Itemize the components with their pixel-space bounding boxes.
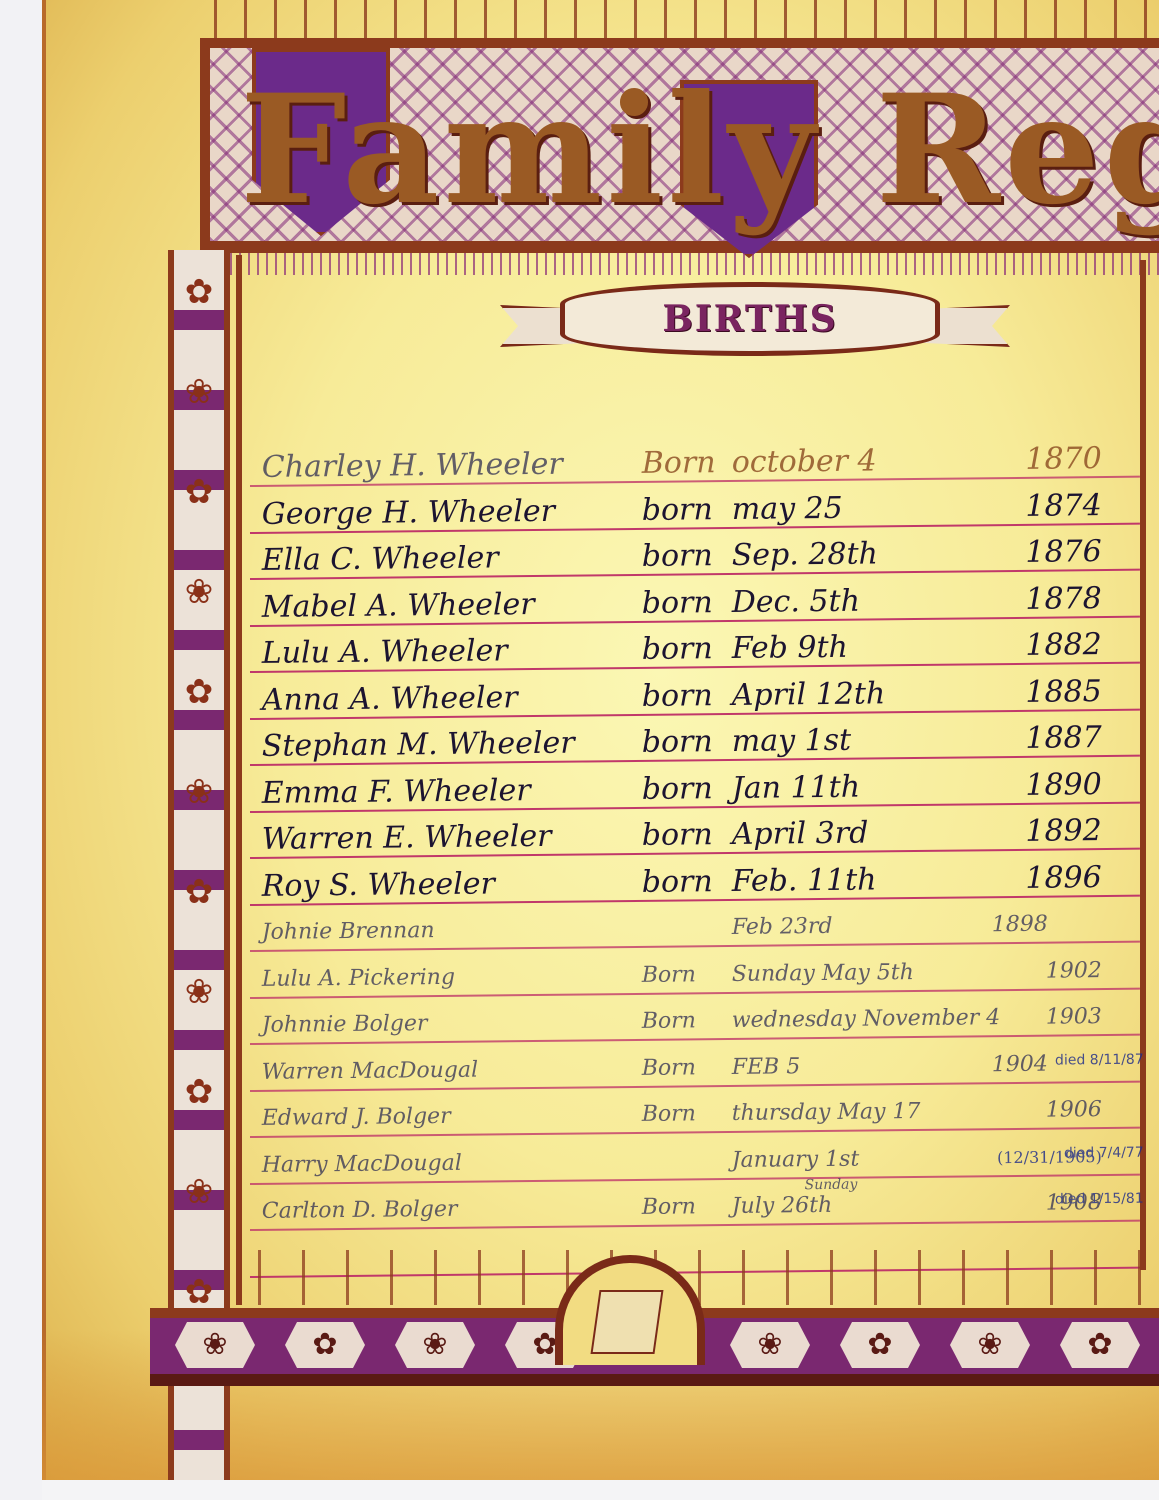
entry-year: 1903	[992, 1000, 1102, 1035]
entry-year: 1898	[992, 907, 1102, 942]
flower-ornament-icon: ❀	[730, 1322, 810, 1368]
flower-ornament-icon: ❀	[395, 1322, 475, 1368]
entry-date: wednesday November 4	[732, 1001, 992, 1038]
flower-ornament-icon: ✿	[174, 875, 224, 909]
entry-year: 1870	[992, 442, 1102, 477]
entry-date: Feb 23rd	[732, 908, 992, 945]
entry-born-label: Born	[642, 445, 732, 480]
entry-date: Sunday May 5th	[732, 954, 992, 991]
entry-born-label: Born	[642, 1050, 732, 1085]
entry-born-label: Born	[642, 957, 732, 992]
weekday-note: Sunday	[804, 1168, 857, 1203]
entry-name: Ella C. Wheeler	[250, 539, 642, 577]
death-note: died 8/11/87	[1055, 1042, 1144, 1077]
entry-name: George H. Wheeler	[250, 493, 642, 531]
entry-date: october 4	[732, 443, 992, 480]
birth-entries-list: Charley H. Wheeler Born october 4 1870 G…	[250, 440, 1140, 1277]
entry-name: Stephan M. Wheeler	[250, 725, 642, 763]
entry-year: 1887	[992, 721, 1102, 756]
death-note: died 1/15/81	[1055, 1181, 1144, 1216]
entry-name: Warren E. Wheeler	[250, 818, 642, 856]
entry-name: Johnie Brennan	[250, 911, 642, 949]
scan-bottom-edge	[42, 1480, 1159, 1500]
entry-name: Charley H. Wheeler	[250, 446, 642, 484]
entry-born-label: born	[642, 585, 732, 620]
entry-year: 1890	[992, 767, 1102, 802]
flower-ornament-icon: ❀	[175, 1322, 255, 1368]
right-border-rule	[1140, 260, 1146, 1270]
entry-born-label: born	[642, 492, 732, 527]
entry-born-label	[642, 944, 732, 945]
entry-name: Mabel A. Wheeler	[250, 586, 642, 624]
entry-name: Harry MacDougal	[250, 1144, 642, 1182]
entry-name: Anna A. Wheeler	[250, 679, 642, 717]
entry-born-label: born	[642, 864, 732, 899]
entry-name: Lulu A. Pickering	[250, 958, 642, 996]
entry-born-label: born	[642, 538, 732, 573]
entry-born-label: born	[642, 678, 732, 713]
flower-ornament-icon: ❀	[174, 775, 224, 809]
entry-date: may 25	[732, 489, 992, 526]
entry-born-label: Born	[642, 1003, 732, 1038]
flower-ornament-icon: ✿	[174, 275, 224, 309]
flower-ornament-icon: ✿	[1060, 1322, 1140, 1368]
entry-date: Feb 9th	[732, 629, 992, 666]
entry-year: 1882	[992, 628, 1102, 663]
entry-date: Feb. 11th	[732, 861, 992, 898]
flower-ornament-icon: ✿	[174, 475, 224, 509]
register-title: Family Register	[240, 60, 1159, 240]
flower-ornament-icon: ✿	[174, 1075, 224, 1109]
entry-name: Lulu A. Wheeler	[250, 632, 642, 670]
entry-year: 1878	[992, 581, 1102, 616]
entry-date: April 12th	[732, 675, 992, 712]
scan-edge	[0, 0, 42, 1500]
scroll-ornament-icon	[591, 1290, 664, 1354]
entry-name: Warren MacDougal	[250, 1051, 642, 1089]
bottom-spire-ornament	[240, 1250, 1159, 1305]
entry-name: Roy S. Wheeler	[250, 865, 642, 903]
flower-ornament-icon: ❀	[174, 575, 224, 609]
entry-born-label: Born	[642, 1189, 732, 1224]
entry-year: 1876	[992, 535, 1102, 570]
entry-date: FEB 5	[732, 1047, 992, 1084]
entry-date: Sep. 28th	[732, 536, 992, 573]
entry-name: Edward J. Bolger	[250, 1097, 642, 1135]
entry-born-label: Born	[642, 1096, 732, 1131]
flower-ornament-icon: ✿	[174, 675, 224, 709]
births-ribbon: BIRTHS	[560, 282, 940, 356]
entry-year: 1896	[992, 860, 1102, 895]
flower-ornament-icon: ✿	[285, 1322, 365, 1368]
flower-ornament-icon: ❀	[174, 975, 224, 1009]
entry-year: 1885	[992, 674, 1102, 709]
entry-date: Jan 11th	[732, 768, 992, 805]
header-fringe-ornament	[230, 253, 1159, 275]
entry-date: thursday May 17	[732, 1094, 992, 1131]
flower-ornament-icon: ✿	[840, 1322, 920, 1368]
entry-born-label: born	[642, 631, 732, 666]
entry-year: 1906	[992, 1093, 1102, 1128]
entry-year: 1874	[992, 488, 1102, 523]
entry-date: Dec. 5th	[732, 582, 992, 619]
entry-year: 1902	[992, 953, 1102, 988]
flower-ornament-icon: ❀	[950, 1322, 1030, 1368]
entry-name: Carlton D. Bolger	[250, 1190, 642, 1228]
death-note: died 7/4/77	[1064, 1135, 1144, 1170]
entry-date: April 3rd	[732, 815, 992, 852]
section-heading: BIRTHS	[662, 298, 837, 340]
entry-year: 1892	[992, 814, 1102, 849]
flower-ornament-icon: ✿	[174, 1275, 224, 1309]
flower-ornament-icon: ❀	[174, 1175, 224, 1209]
entry-born-label: born	[642, 771, 732, 806]
left-border-rule	[236, 255, 242, 1305]
entry-born-label: born	[642, 817, 732, 852]
flower-ornament-icon: ❀	[174, 375, 224, 409]
entry-date: July 26th	[732, 1187, 992, 1224]
header-spire-ornament	[200, 0, 1159, 40]
entry-date: January 1st	[732, 1140, 992, 1177]
entry-name: Emma F. Wheeler	[250, 772, 642, 810]
entry-date: may 1st	[732, 722, 992, 759]
entry-born-label: born	[642, 724, 732, 759]
entry-name: Johnnie Bolger	[250, 1004, 642, 1042]
entry-born-label	[642, 1177, 732, 1178]
